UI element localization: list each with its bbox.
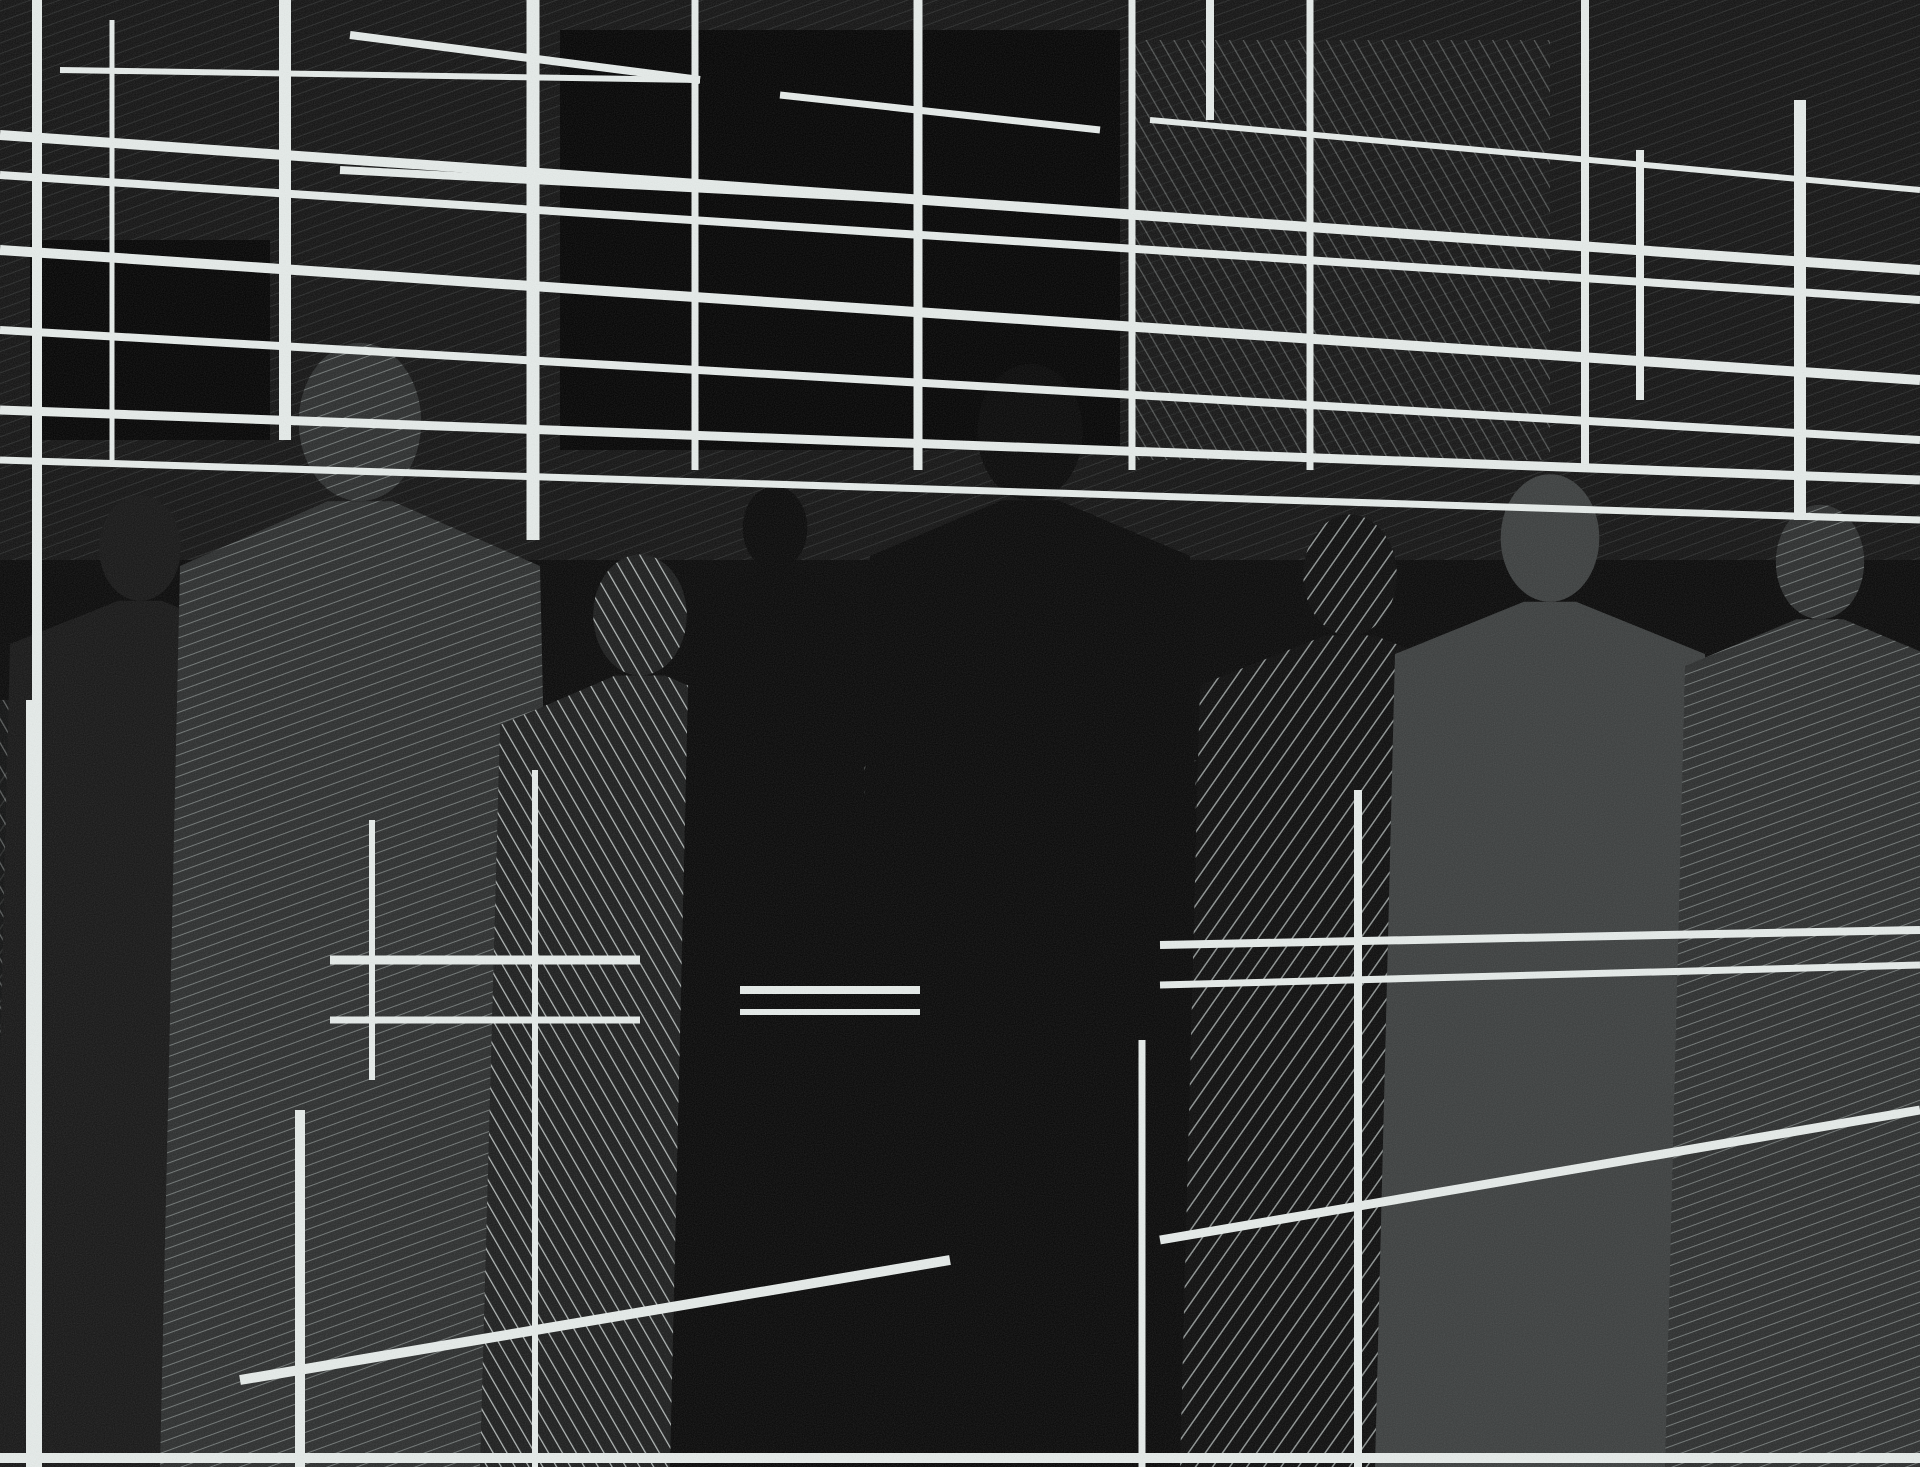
artwork-drawing (0, 0, 1920, 1467)
charcoal-artwork (0, 0, 1920, 1467)
